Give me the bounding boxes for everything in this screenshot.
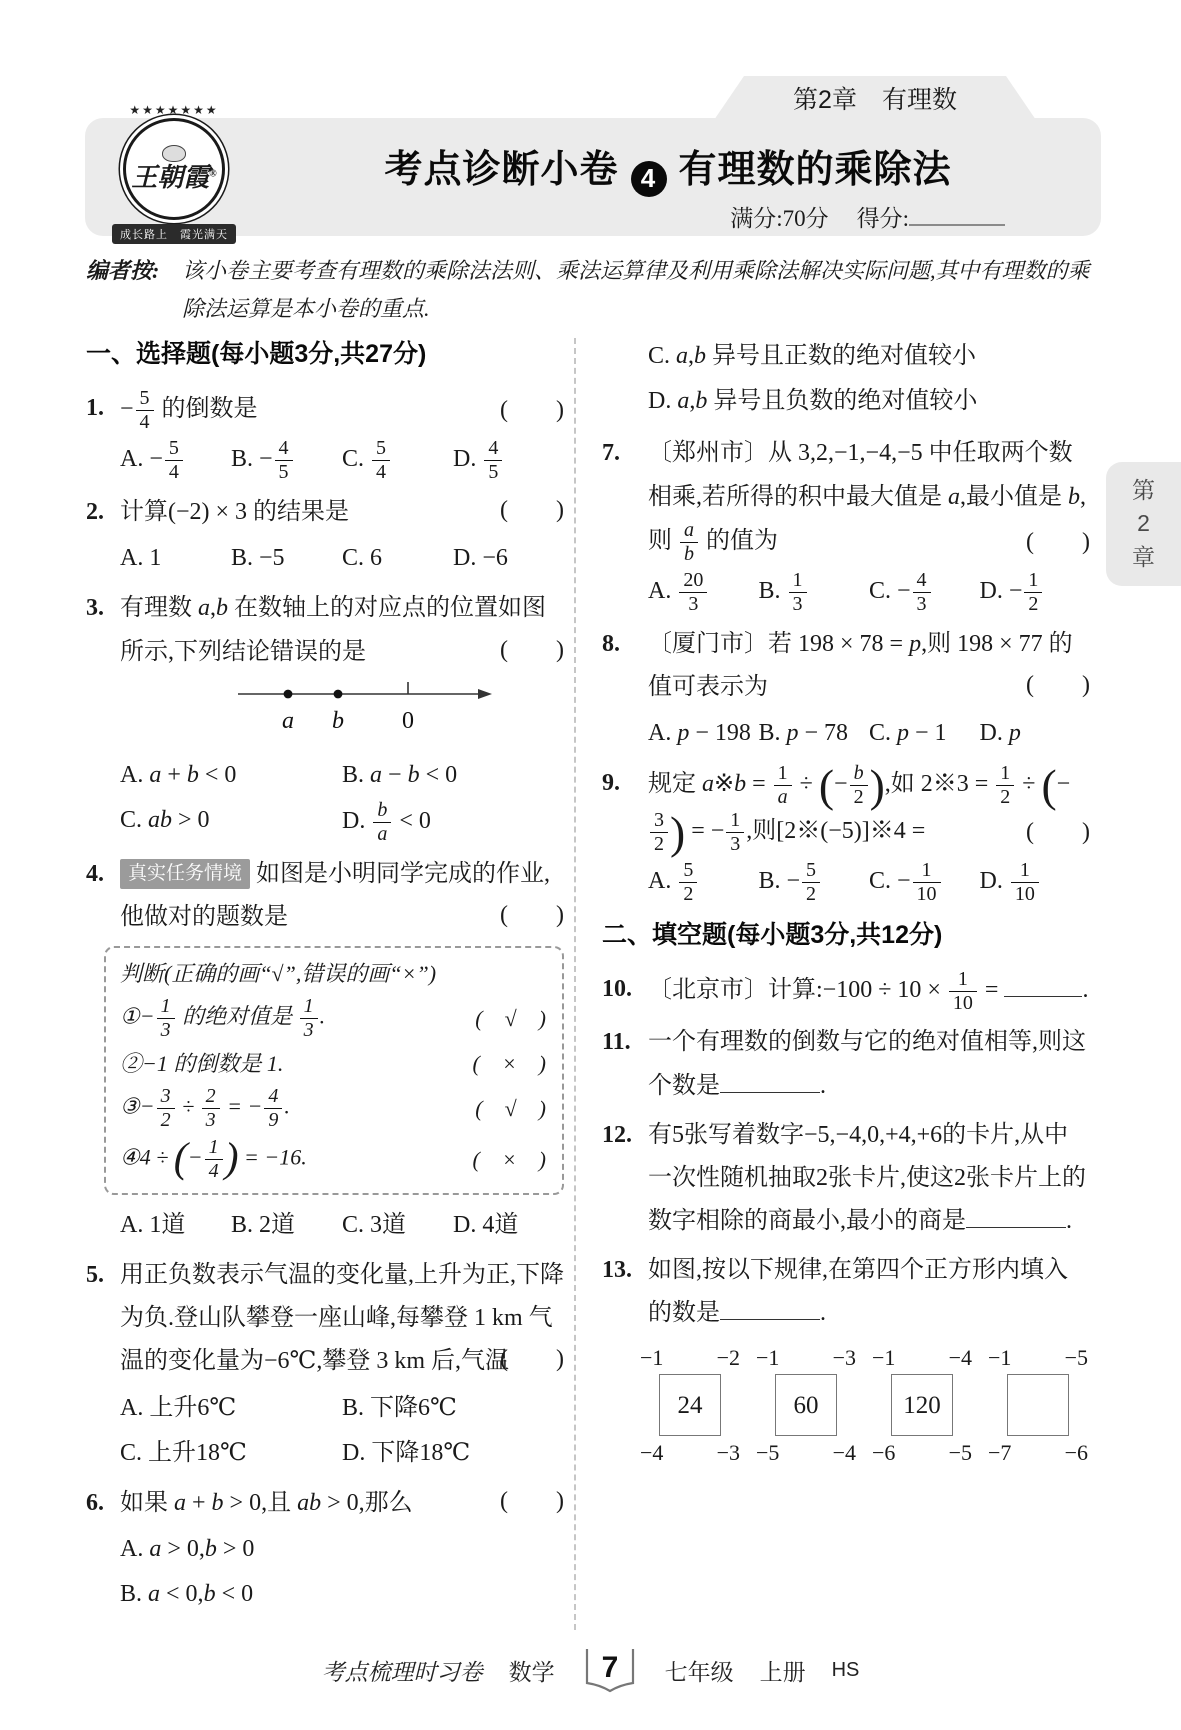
footer-subject: 数学 — [509, 1654, 555, 1687]
question: 3.有理数 a,b 在数轴上的对应点的位置如图所示,下列结论错误的是( )ab0… — [86, 587, 564, 847]
math-var: p — [677, 720, 689, 746]
corner-label: −3 — [833, 1344, 856, 1372]
question: 6.如果 a + b > 0,且 ab > 0,那么( )A. a > 0,b … — [86, 1482, 564, 1618]
text-run: − — [1057, 771, 1071, 797]
question-stem: 〔郑州市〕从 3,2,−1,−4,−5 中任取两个数相乘,若所得的积中最大值是 … — [648, 432, 1090, 565]
text-run: ÷ — [1016, 771, 1041, 797]
brand-logo: ★★★★★★★ 王朝霞® 成长路上 霞光满天 — [99, 102, 249, 244]
question-body: −54 的倒数是( )A. −54B. −45C. 54D. 45 — [120, 387, 564, 485]
question: 7.〔郑州市〕从 3,2,−1,−4,−5 中任取两个数相乘,若所得的积中最大值… — [602, 432, 1090, 616]
text-run: C. — [869, 720, 897, 746]
math-var: a — [948, 484, 960, 510]
text-run: C. 3道 — [342, 1212, 406, 1238]
question-body: 〔北京市〕计算:−100 ÷ 10 × 110 = . — [648, 968, 1090, 1015]
fraction-denominator: 2 — [679, 882, 697, 906]
question: 5.用正负数表示气温的变化量,上升为正,下降为负.登山队攀登一座山峰,每攀登 1… — [86, 1254, 564, 1476]
text-run: B. — [759, 578, 787, 604]
square-top-labels: −1−5 — [986, 1344, 1090, 1372]
fraction-denominator: 4 — [205, 1159, 223, 1183]
corner-label: −6 — [1065, 1439, 1088, 1467]
math-var: p — [909, 631, 921, 657]
judge-mark: ( √ ) — [475, 1091, 548, 1126]
judge-title: 判断(正确的画“√”,错误的画“×”) — [120, 954, 548, 993]
question-stem: 计算(−2) × 3 的结果是( ) — [120, 491, 564, 534]
fraction-denominator: 3 — [202, 1108, 220, 1132]
editor-note-text: 该小卷主要考查有理数的乘除法法则、乘法运算律及利用乘除法解决实际问题,其中有理数… — [182, 258, 1090, 321]
answer-paren: ( ) — [500, 894, 564, 937]
text-run: ,如 2※3 = — [885, 771, 995, 797]
question-number: 7. — [602, 432, 648, 616]
fraction-numerator: b — [373, 799, 391, 822]
fraction-numerator: 4 — [913, 569, 931, 592]
text-run: 如图,按以下规律,在第四个正方形内填入的数是 — [648, 1257, 1068, 1326]
judge-statement: ①−13 的绝对值是 13. — [120, 995, 325, 1042]
text-run: C. 上升18℃ — [120, 1440, 247, 1466]
page-number-book-icon: 7 — [581, 1646, 639, 1694]
question-stem: 一个有理数的倒数与它的绝对值相等,则这个数是. — [648, 1021, 1090, 1107]
text-run: C. 6 — [342, 545, 382, 571]
score-blank — [909, 204, 1005, 226]
fraction: 52 — [679, 859, 697, 906]
answer-paren: ( ) — [500, 629, 564, 672]
text-run: − 198 — [689, 720, 751, 746]
fraction-denominator: a — [373, 822, 391, 846]
fraction-denominator: 2 — [850, 785, 868, 809]
context-badge: 真实任务情境 — [120, 859, 250, 889]
fraction-numerator: 1 — [726, 809, 744, 832]
fraction-denominator: 2 — [996, 785, 1014, 809]
big-paren: ( — [819, 760, 834, 811]
options: A. 203B. 13C. −43D. −12 — [648, 568, 1090, 617]
option: C. 3道 — [342, 1203, 453, 1248]
judge-mark: ( × ) — [473, 1142, 549, 1177]
fraction-numerator: 4 — [484, 437, 502, 460]
fraction-denominator: 4 — [136, 410, 154, 434]
fraction-denominator: 4 — [165, 460, 183, 484]
side-tab-char: 章 — [1132, 541, 1155, 574]
option: A. 1道 — [120, 1203, 231, 1248]
answer-paren: ( ) — [500, 389, 564, 432]
big-paren: ( — [174, 1136, 188, 1182]
fraction: 110 — [1011, 859, 1039, 906]
fraction: 52 — [802, 859, 820, 906]
text-run: . — [320, 1003, 326, 1028]
square-item: −1−4120−6−5 — [870, 1344, 974, 1467]
question-number: 1. — [86, 387, 120, 485]
text-run: B. — [759, 720, 787, 746]
fraction: 32 — [157, 1085, 175, 1132]
option: C. −110 — [869, 858, 980, 907]
option: D. a,b 异号且负数的绝对值较小 — [648, 379, 1090, 424]
options: C. a,b 异号且正数的绝对值较小D. a,b 异号且负数的绝对值较小 — [648, 334, 1090, 424]
answer-paren: ( ) — [1026, 521, 1090, 564]
fraction-denominator: 3 — [726, 832, 744, 856]
option: D. −6 — [453, 536, 564, 581]
square-bottom-labels: −5−4 — [754, 1439, 858, 1467]
title-number-badge: 4 — [631, 161, 667, 197]
square-box: 60 — [775, 1374, 837, 1436]
text-run: 如果 — [120, 1490, 174, 1516]
text-run: C. — [648, 343, 676, 369]
option: C. 上升18℃ — [120, 1431, 342, 1476]
fraction-numerator: 5 — [165, 437, 183, 460]
math-var: a — [149, 762, 161, 788]
brand-name: 王朝霞® — [131, 164, 217, 193]
column-divider — [574, 338, 576, 1630]
question-stem: 〔北京市〕计算:−100 ÷ 10 × 110 = . — [648, 968, 1090, 1015]
option: B. −5 — [231, 536, 342, 581]
fraction: b2 — [850, 762, 868, 809]
question-number: 2. — [86, 491, 120, 581]
text-run: D. — [453, 446, 482, 472]
option: D. p — [980, 711, 1091, 756]
option: A. p − 198 — [648, 711, 759, 756]
text-run: 一个有理数的倒数与它的绝对值相等,则这个数是 — [648, 1029, 1086, 1098]
fraction-denominator: 5 — [484, 460, 502, 484]
question-stem: 用正负数表示气温的变化量,上升为正,下降为负.登山队攀登一座山峰,每攀登 1 k… — [120, 1254, 564, 1384]
text-run: . — [1082, 977, 1088, 1003]
text-run: − — [188, 1144, 203, 1169]
corner-label: −4 — [640, 1439, 663, 1467]
fraction-denominator: 10 — [949, 991, 977, 1015]
text-run: ②−1 的倒数是 1. — [120, 1051, 283, 1076]
judge-statement: ④4 ÷ (−14) = −16. — [120, 1136, 307, 1183]
question-stem: 如图,按以下规律,在第四个正方形内填入的数是. — [648, 1249, 1090, 1335]
corner-label: −1 — [640, 1344, 663, 1372]
answer-blank — [720, 1070, 820, 1093]
corner-label: −2 — [717, 1344, 740, 1372]
square-top-labels: −1−4 — [870, 1344, 974, 1372]
question-body: 如图,按以下规律,在第四个正方形内填入的数是.−1−224−4−3−1−360−… — [648, 1249, 1090, 1466]
question-stem: −54 的倒数是( ) — [120, 387, 564, 434]
option: A. −54 — [120, 436, 231, 485]
text-run: A. 1道 — [120, 1212, 185, 1238]
text-run: < 0 — [420, 762, 458, 788]
text-run: − 78 — [799, 720, 849, 746]
fraction: 13 — [300, 995, 318, 1042]
right-column: C. a,b 异号且正数的绝对值较小D. a,b 异号且负数的绝对值较小7.〔郑… — [602, 332, 1090, 1473]
editor-note: 编者按: 该小卷主要考查有理数的乘除法法则、乘法运算律及利用乘除法解决实际问题,… — [86, 252, 1100, 328]
text-run: ,最小值是 — [960, 484, 1068, 510]
question: 8.〔厦门市〕若 198 × 78 = p,则 198 × 77 的值可表示为(… — [602, 623, 1090, 757]
fraction: 13 — [157, 995, 175, 1042]
text-run: 〔北京市〕计算:−100 ÷ 10 × — [648, 977, 947, 1003]
corner-label: −3 — [717, 1439, 740, 1467]
question: 10.〔北京市〕计算:−100 ÷ 10 × 110 = . — [602, 968, 1090, 1015]
text-run: > 0,那么 — [321, 1490, 413, 1516]
page-title: 考点诊断小卷4有理数的乘除法 — [265, 138, 1071, 197]
stars-icon: ★★★★★★★ — [99, 102, 249, 118]
options: A. a > 0,b > 0B. a < 0,b < 0 — [120, 1527, 564, 1617]
side-tab-char: 2 — [1137, 507, 1150, 540]
fraction-numerator: 1 — [996, 762, 1014, 785]
text-run: . — [284, 1093, 290, 1118]
footer-series: 考点梳理时习卷 — [322, 1654, 483, 1687]
text-run: B. 下降6℃ — [342, 1395, 457, 1421]
question-number: 9. — [602, 762, 648, 907]
side-tab-char: 第 — [1132, 474, 1155, 507]
text-run: B. − — [759, 868, 801, 894]
score-label: 得分: — [857, 206, 909, 231]
fraction: 110 — [913, 859, 941, 906]
option: D. 45 — [453, 436, 564, 485]
header: ★★★★★★★ 王朝霞® 成长路上 霞光满天 考点诊断小卷4有理数的乘除法 满分… — [85, 118, 1101, 236]
question: 12.有5张写着数字−5,−4,0,+4,+6的卡片,从中一次性随机抽取2张卡片… — [602, 1114, 1090, 1244]
square-bottom-labels: −4−3 — [638, 1439, 742, 1467]
fraction: 54 — [165, 437, 183, 484]
judge-box: 判断(正确的画“√”,错误的画“×”)①−13 的绝对值是 13.( √ )②−… — [104, 946, 564, 1195]
fraction-numerator: 3 — [157, 1085, 175, 1108]
text-run: 用正负数表示气温的变化量,上升为正,下降为负.登山队攀登一座山峰,每攀登 1 k… — [120, 1262, 564, 1374]
square-top-labels: −1−2 — [638, 1344, 742, 1372]
fraction-numerator: 1 — [1024, 569, 1042, 592]
text-run: A. — [648, 720, 677, 746]
question-body: 计算(−2) × 3 的结果是( )A. 1B. −5C. 6D. −6 — [120, 491, 564, 581]
fraction-numerator: 4 — [264, 1085, 282, 1108]
text-run: > 0,且 — [224, 1490, 298, 1516]
text-run: 〔厦门市〕若 198 × 78 = — [648, 631, 909, 657]
math-var: p — [787, 720, 799, 746]
fraction: 12 — [1024, 569, 1042, 616]
math-var: a — [676, 343, 688, 369]
question-stem: 如果 a + b > 0,且 ab > 0,那么( ) — [120, 1482, 564, 1525]
question: 2.计算(−2) × 3 的结果是( )A. 1B. −5C. 6D. −6 — [86, 491, 564, 581]
text-run: ÷ — [794, 771, 819, 797]
square-item: −1−360−5−4 — [754, 1344, 858, 1467]
question-body: 真实任务情境如图是小明同学完成的作业,他做对的题数是( )判断(正确的画“√”,… — [120, 853, 564, 1248]
option: C. 54 — [342, 436, 453, 485]
text-run: < 0 — [393, 808, 431, 834]
fraction-denominator: 10 — [913, 882, 941, 906]
judge-row: ①−13 的绝对值是 13.( √ ) — [120, 993, 548, 1044]
math-var: a — [174, 1490, 186, 1516]
fraction-denominator: 4 — [372, 460, 390, 484]
math-var: a — [702, 771, 714, 797]
option: B. 2道 — [231, 1203, 342, 1248]
option: D. 4道 — [453, 1203, 564, 1248]
judge-mark: ( × ) — [473, 1046, 549, 1081]
math-var: b — [734, 771, 746, 797]
footer: 考点梳理时习卷 数学 7 七年级 上册 HS — [0, 1646, 1181, 1694]
option: A. 上升6℃ — [120, 1386, 342, 1431]
math-var: b — [212, 1490, 224, 1516]
text-run: B. 2道 — [231, 1212, 295, 1238]
judge-statement: ②−1 的倒数是 1. — [120, 1046, 283, 1081]
text-run: ④4 ÷ — [120, 1144, 174, 1169]
text-run: A. 上升6℃ — [120, 1395, 236, 1421]
option: D. 110 — [980, 858, 1091, 907]
full-score-label: 满分:70分 — [730, 206, 828, 231]
fraction-numerator: 1 — [913, 859, 941, 882]
math-var: a — [677, 388, 689, 414]
option: C. −43 — [869, 568, 980, 617]
fraction: 12 — [996, 762, 1014, 809]
fraction-numerator: 5 — [679, 859, 697, 882]
option: B. −52 — [759, 858, 870, 907]
text-run: A. — [120, 762, 149, 788]
answer-paren: ( ) — [500, 489, 564, 532]
text-run: = — [746, 771, 772, 797]
worksheet-page: 第2章 有理数 ★★★★★★★ 王朝霞® 成长路上 霞光满天 考点诊断小卷4有理… — [0, 0, 1181, 1730]
text-run: D. 4道 — [453, 1212, 518, 1238]
fraction: 14 — [205, 1136, 223, 1183]
math-var: b — [205, 1536, 217, 1562]
fraction-numerator: a — [680, 519, 698, 542]
square-box — [1007, 1374, 1069, 1436]
answer-paren: ( ) — [1026, 664, 1090, 707]
footer-edition: HS — [832, 1659, 860, 1682]
logo-ribbon: 成长路上 霞光满天 — [112, 224, 236, 244]
question-number: 12. — [602, 1114, 648, 1244]
square-bottom-labels: −6−5 — [870, 1439, 974, 1467]
question-stem: 有理数 a,b 在数轴上的对应点的位置如图所示,下列结论错误的是( ) — [120, 587, 564, 673]
chapter-side-tab: 第 2 章 — [1106, 462, 1181, 586]
fraction-numerator: 1 — [1011, 859, 1039, 882]
big-paren: ) — [870, 760, 885, 811]
math-var: b — [408, 762, 420, 788]
option: C. p − 1 — [869, 711, 980, 756]
fraction-denominator: 2 — [1024, 592, 1042, 616]
corner-label: −7 — [988, 1439, 1011, 1467]
fraction-denominator: b — [680, 542, 698, 566]
logo-circle: 王朝霞® — [123, 118, 225, 220]
fraction-denominator: 9 — [264, 1108, 282, 1132]
footer-volume: 上册 — [760, 1654, 806, 1687]
big-paren: ) — [670, 807, 685, 858]
options: A. 52B. −52C. −110D. 110 — [648, 858, 1090, 907]
question: 11.一个有理数的倒数与它的绝对值相等,则这个数是. — [602, 1021, 1090, 1107]
text-run: A. − — [120, 446, 163, 472]
text-run: C. — [120, 807, 148, 833]
text-run: D. — [342, 808, 371, 834]
fraction-denominator: 3 — [789, 592, 807, 616]
text-run: > 0, — [161, 1536, 205, 1562]
text-run: 有理数 — [120, 595, 198, 621]
answer-paren: ( ) — [500, 1480, 564, 1523]
square-item: −1−5−7−6 — [986, 1344, 1090, 1467]
fraction-denominator: 5 — [275, 460, 293, 484]
text-run: C. − — [869, 578, 911, 604]
page-number: 7 — [601, 1651, 618, 1684]
question-body: 有理数 a,b 在数轴上的对应点的位置如图所示,下列结论错误的是( )ab0A.… — [120, 587, 564, 847]
text-run: ※ — [714, 771, 734, 797]
section-title: 一、选择题(每小题3分,共27分) — [86, 332, 564, 377]
fraction-numerator: 1 — [774, 762, 792, 785]
big-paren: ) — [225, 1136, 239, 1182]
question-body: 〔郑州市〕从 3,2,−1,−4,−5 中任取两个数相乘,若所得的积中最大值是 … — [648, 432, 1090, 616]
text-run: A. — [120, 1536, 149, 1562]
question-stem: 有5张写着数字−5,−4,0,+4,+6的卡片,从中一次性随机抽取2张卡片,使这… — [648, 1114, 1090, 1244]
question-body: 如果 a + b > 0,且 ab > 0,那么( )A. a > 0,b > … — [120, 1482, 564, 1618]
math-var: b — [187, 762, 199, 788]
question-number: 5. — [86, 1254, 120, 1476]
option: B. −45 — [231, 436, 342, 485]
fraction: 110 — [949, 968, 977, 1015]
options: A. −54B. −45C. 54D. 45 — [120, 436, 564, 485]
math-var: b — [695, 388, 707, 414]
fraction-numerator: 5 — [372, 437, 390, 460]
option: C. 6 — [342, 536, 453, 581]
fraction-numerator: 20 — [679, 569, 707, 592]
option: A. a + b < 0 — [120, 753, 342, 798]
fraction-denominator: 3 — [679, 592, 707, 616]
question-number: 6. — [86, 1482, 120, 1618]
text-run: . — [820, 1073, 826, 1099]
square-box: 24 — [659, 1374, 721, 1436]
text-run: B. — [120, 1581, 148, 1607]
text-run: B. — [342, 762, 370, 788]
corner-label: −4 — [949, 1344, 972, 1372]
fraction-numerator: b — [850, 762, 868, 785]
question-body: 〔厦门市〕若 198 × 78 = p,则 198 × 77 的值可表示为( )… — [648, 623, 1090, 757]
fraction-denominator: 2 — [650, 832, 668, 856]
option: B. p − 78 — [759, 711, 870, 756]
question: 1.−54 的倒数是( )A. −54B. −45C. 54D. 45 — [86, 387, 564, 485]
square-box: 120 — [891, 1374, 953, 1436]
options: A. a + b < 0B. a − b < 0C. ab > 0D. ba <… — [120, 753, 564, 847]
fraction: 49 — [264, 1085, 282, 1132]
question-body: 用正负数表示气温的变化量,上升为正,下降为负.登山队攀登一座山峰,每攀登 1 k… — [120, 1254, 564, 1476]
text-run: > 0 — [172, 807, 210, 833]
chapter-tab-label: 第2章 有理数 — [793, 80, 957, 116]
judge-mark: ( √ ) — [475, 1001, 548, 1036]
fraction-denominator: 3 — [300, 1018, 318, 1042]
svg-text:b: b — [332, 708, 344, 734]
footer-grade: 七年级 — [665, 1654, 734, 1687]
fraction: 23 — [202, 1085, 220, 1132]
text-run: ①− — [120, 1003, 155, 1028]
text-run: 异号且正数的绝对值较小 — [706, 343, 976, 369]
option: D. −12 — [980, 568, 1091, 617]
math-var: p — [897, 720, 909, 746]
text-run: 的绝对值是 — [177, 1003, 298, 1028]
text-run: < 0, — [160, 1581, 204, 1607]
question-number: 10. — [602, 968, 648, 1015]
section-title: 二、填空题(每小题3分,共12分) — [602, 913, 1090, 958]
square-bottom-labels: −7−6 — [986, 1439, 1090, 1467]
corner-label: −1 — [872, 1344, 895, 1372]
option: A. 203 — [648, 568, 759, 617]
question-number: 8. — [602, 623, 648, 757]
fraction-numerator: 5 — [802, 859, 820, 882]
corner-label: −1 — [756, 1344, 779, 1372]
judge-row: ④4 ÷ (−14) = −16.( × ) — [120, 1134, 548, 1185]
option: C. ab > 0 — [120, 798, 342, 847]
text-run: C. − — [869, 868, 911, 894]
math-var: b — [216, 595, 228, 621]
title-prefix: 考点诊断小卷 — [384, 149, 618, 191]
square-item: −1−224−4−3 — [638, 1344, 742, 1467]
option: A. a > 0,b > 0 — [120, 1527, 564, 1572]
fraction: 54 — [136, 387, 154, 434]
text-run: D. 下降18℃ — [342, 1440, 470, 1466]
text-run: = − — [685, 818, 724, 844]
question-body: 规定 a※b = 1a ÷ (−b2),如 2※3 = 12 ÷ (−32) =… — [648, 762, 1090, 907]
math-var: a — [148, 1581, 160, 1607]
math-var: p — [1009, 720, 1021, 746]
options: A. 1道B. 2道C. 3道D. 4道 — [120, 1203, 564, 1248]
question-stem: 规定 a※b = 1a ÷ (−b2),如 2※3 = 12 ÷ (−32) =… — [648, 762, 1090, 856]
text-run: 判断(正确的画“√”,错误的画“×”) — [120, 961, 436, 986]
answer-blank — [720, 1298, 820, 1321]
text-run: . — [820, 1300, 826, 1326]
fraction-denominator: 2 — [802, 882, 820, 906]
brand-name-text: 王朝霞 — [131, 163, 209, 192]
question-number: 3. — [86, 587, 120, 847]
text-run: − — [120, 396, 134, 422]
text-run: D. −6 — [453, 545, 508, 571]
square-top-labels: −1−3 — [754, 1344, 858, 1372]
